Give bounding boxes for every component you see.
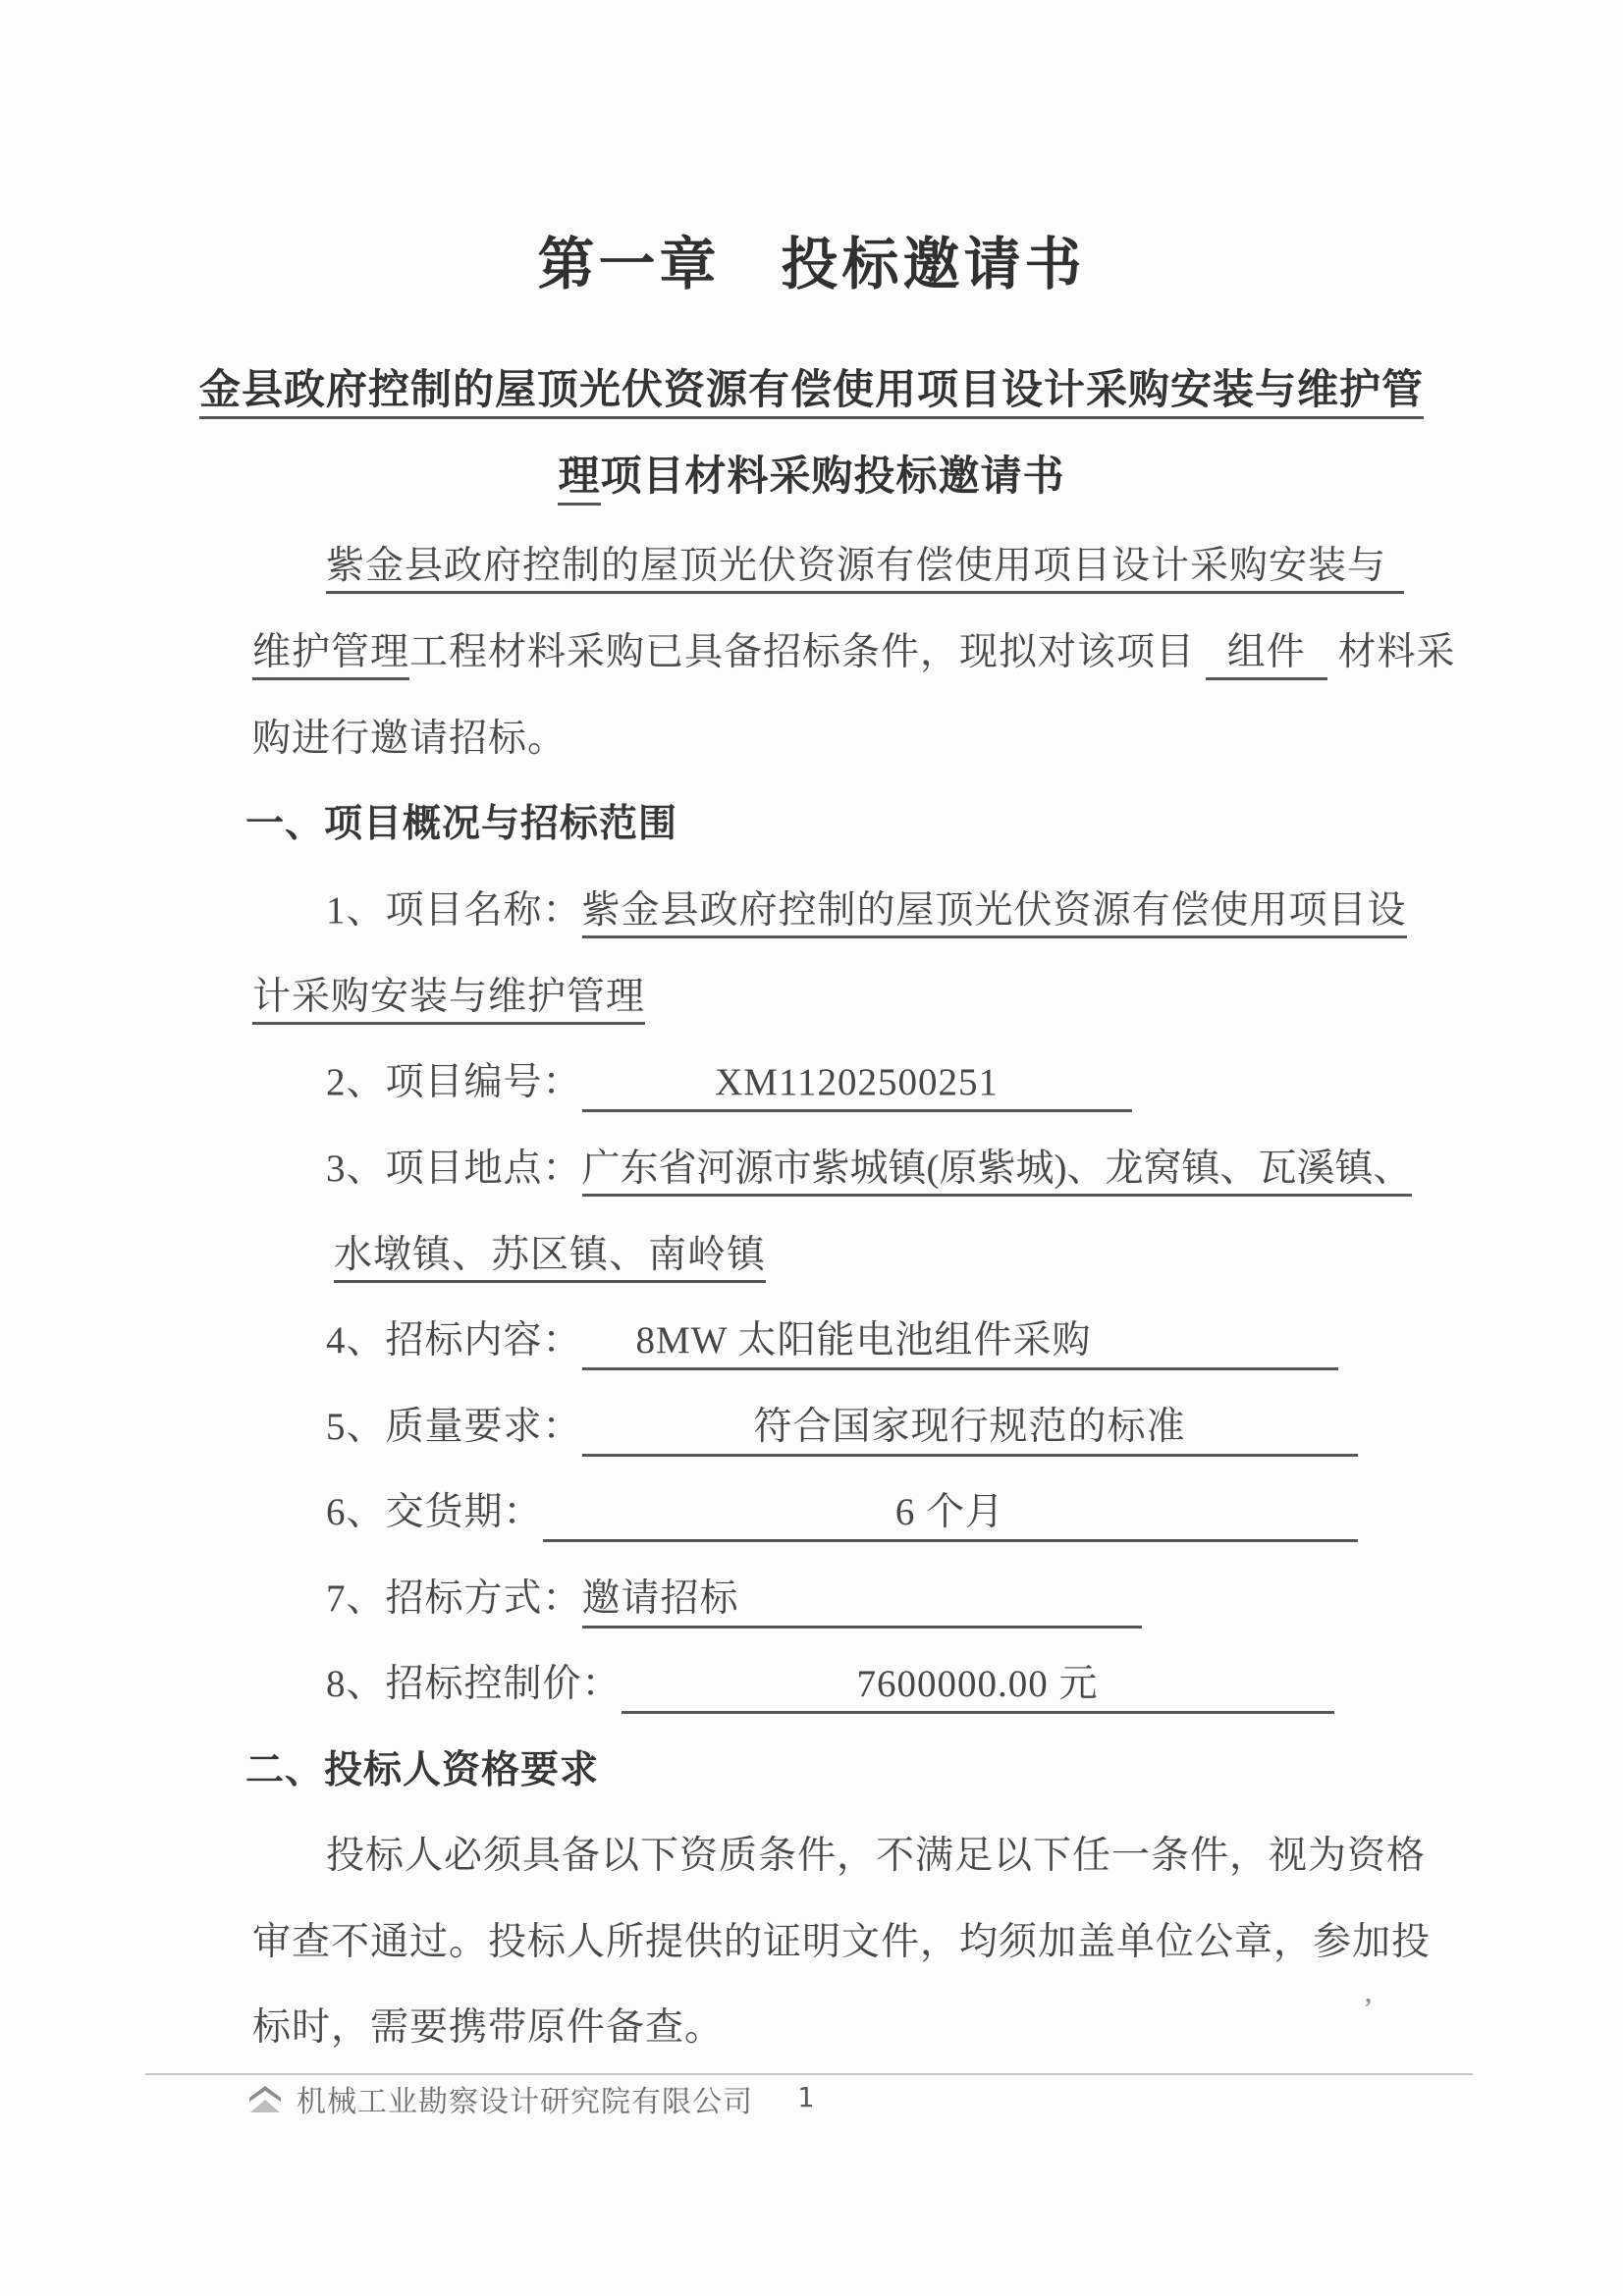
item3-line2: 水墩镇、苏区镇、南岭镇 [334, 1233, 766, 1278]
item1-line2: 计采购安装与维护管理 [252, 975, 645, 1020]
item7-value: 邀请招标 [582, 1576, 1142, 1629]
item1-value-line1: 紫金县政府控制的屋顶光伏资源有偿使用项目设 [582, 889, 1407, 938]
section2-heading: 二、投标人资格要求 [245, 1748, 599, 1793]
section2-para-line2: 审查不通过。投标人所提供的证明文件，均须加盖单位公章，参加投 [252, 1920, 1431, 1965]
section1-heading: 一、项目概况与招标范围 [245, 802, 677, 847]
section2-para-line3: 标时，需要携带原件备查。 [252, 2005, 724, 2051]
intro-line2-underlined-1: 维护管理 [252, 631, 409, 680]
item8-value: 7600000.00 元 [622, 1662, 1334, 1714]
main-heading-line1: 金县政府控制的屋顶光伏资源有偿使用项目设计采购安装与维护管 [0, 357, 1623, 416]
main-heading-line2: 理项目材料采购投标邀请书 [0, 444, 1623, 503]
item4-label: 4、招标内容： [326, 1319, 582, 1362]
item4-line: 4、招标内容：8MW 太阳能电池组件采购 [326, 1318, 1338, 1370]
main-heading-line1-underlined: 金县政府控制的屋顶光伏资源有偿使用项目设计采购安装与维护管 [199, 366, 1424, 419]
intro-line1-underlined: 紫金县政府控制的屋顶光伏资源有偿使用项目设计采购安装与 [326, 545, 1404, 594]
item3-value-line1: 广东省河源市紫城镇(原紫城)、龙窝镇、瓦溪镇、 [582, 1148, 1412, 1197]
item6-label: 6、交货期： [326, 1491, 543, 1533]
item1-value-line2: 计采购安装与维护管理 [252, 976, 645, 1025]
item3-line1: 3、项目地点：广东省河源市紫城镇(原紫城)、龙窝镇、瓦溪镇、 [326, 1147, 1412, 1192]
intro-line2-underlined-2: 组件 [1206, 631, 1327, 680]
intro-line1: 紫金县政府控制的屋顶光伏资源有偿使用项目设计采购安装与 [326, 544, 1404, 589]
item5-value: 符合国家现行规范的标准 [582, 1405, 1358, 1457]
item7-label: 7、招标方式： [326, 1577, 582, 1620]
item1-label: 1、项目名称： [326, 889, 582, 932]
item2-label: 2、项目编号： [326, 1061, 582, 1103]
item7-line: 7、招标方式：邀请招标 [326, 1576, 1142, 1629]
item3-label: 3、项目地点： [326, 1148, 582, 1190]
item3-value-line2: 水墩镇、苏区镇、南岭镇 [334, 1234, 766, 1283]
page-number: 1 [797, 2081, 814, 2113]
item6-line: 6、交货期：6 个月 [326, 1490, 1358, 1542]
chapter-title: 第一章 投标邀请书 [0, 218, 1623, 300]
intro-line2-plain-2: 材料采 [1338, 631, 1456, 673]
main-heading-line2-rest: 项目材料采购投标邀请书 [601, 453, 1065, 499]
company-logo-icon [245, 2082, 285, 2115]
footer: 机械工业勘察设计研究院有限公司 [245, 2077, 753, 2120]
section2-para-line1: 投标人必须具备以下资质条件，不满足以下任一条件，视为资格 [326, 1834, 1426, 1879]
intro-line2-plain-1: 工程材料采购已具备招标条件，现拟对该项目 [409, 631, 1195, 673]
intro-line3: 购进行邀请招标。 [252, 717, 567, 762]
item6-value: 6 个月 [543, 1490, 1358, 1542]
item5-label: 5、质量要求： [326, 1406, 582, 1448]
item5-line: 5、质量要求：符合国家现行规范的标准 [326, 1405, 1358, 1457]
item8-line: 8、招标控制价：7600000.00 元 [326, 1662, 1334, 1714]
item4-value: 8MW 太阳能电池组件采购 [582, 1318, 1338, 1370]
item1-line1: 1、项目名称：紫金县政府控制的屋顶光伏资源有偿使用项目设 [326, 888, 1407, 934]
item2-line: 2、项目编号：XM11202500251 [326, 1060, 1132, 1112]
footer-company-name: 机械工业勘察设计研究院有限公司 [297, 2077, 753, 2120]
footer-divider [145, 2073, 1473, 2075]
document-page: 第一章 投标邀请书 金县政府控制的屋顶光伏资源有偿使用项目设计采购安装与维护管 … [0, 0, 1623, 2296]
main-heading-line2-underlined: 理 [558, 453, 600, 506]
item8-label: 8、招标控制价： [326, 1663, 622, 1705]
intro-line2: 维护管理工程材料采购已具备招标条件，现拟对该项目 组件 材料采 [252, 630, 1456, 675]
item2-value: XM11202500251 [582, 1060, 1132, 1112]
scan-artifact-mark: ’ [1363, 1991, 1374, 2027]
